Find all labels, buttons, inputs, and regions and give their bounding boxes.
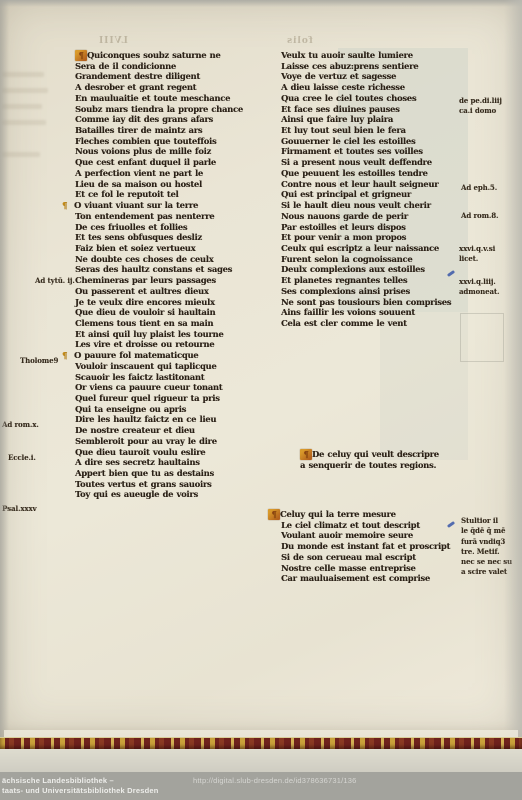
text-line: Vouloir inscauent qui taplicque [75,361,243,372]
scan-viewport: LVIII folis ¶Quiconques soubz saturne ne… [0,0,522,800]
text-line: Faiz bien et soiez vertueux [75,243,243,254]
text-column-left: ¶Quiconques soubz saturne neSera de il c… [75,50,243,500]
text-line: Voye de vertuz et sagesse [281,71,451,82]
text-line: Sera de il condicionne [75,61,243,72]
showthrough-frame [460,313,504,362]
text-line: Chemineras par leurs passages [75,275,243,286]
document-url: http://digital.slub-dresden.de/id3786367… [193,776,357,785]
text-line: Contre nous et leur hault seigneur [281,179,451,190]
text-line: Que dieu tauroit voulu eslire [75,447,243,458]
text-line: Si le hault dieu nous veult cherir [281,200,451,211]
page-edge-bottom [4,730,518,737]
pilcrow-icon: ¶ [268,509,280,520]
margin-note-left: Tholome9 [20,356,58,366]
text-line: ¶Celuy qui la terre mesure [281,509,450,520]
text-line: Voulant auoir memoire seure [281,530,450,541]
showthrough-panel [380,312,468,460]
text-line: Gouuerner le ciel les estoilles [281,136,451,147]
section-heading: ¶De celuy qui veult descriprea senquerir… [300,449,439,471]
text-line: A dire ses secretz haultains [75,457,243,468]
text-line: Appert bien que tu as destains [75,468,243,479]
pilcrow-icon: ¶ [62,200,74,211]
manuscript-page: LVIII folis ¶Quiconques soubz saturne ne… [0,0,522,737]
text-line: Que cest enfant duquel il parle [75,157,243,168]
text-line: Et planetes regnantes telles [281,275,451,286]
text-line: Comme iay dit des grans afars [75,114,243,125]
library-name: ächsische Landesbibliothek – taats- und … [2,776,159,795]
text-line: Seras des haultz constans et sages [75,264,243,275]
text-line: Toy qui es aueugle de voirs [75,489,243,500]
pilcrow-icon: ¶ [75,50,87,61]
text-line: Dire les haultz faictz en ce lieu [75,414,243,425]
text-line: Et tes sens obfusques desliz [75,232,243,243]
text-line: Veulx tu auoir saulte lumiere [281,50,451,61]
text-line: Les vire et droisse ou retourne [75,339,243,350]
text-line: Soubz mars tiendra la propre chance [75,104,243,115]
text-line: Firmament et toutes ses voilles [281,146,451,157]
text-line: Du monde est instant fat et proscript [281,541,450,552]
text-line: Qui est principal et grigneur [281,189,451,200]
text-column-right-bottom: ¶Celuy qui la terre mesureLe ciel climat… [281,509,450,584]
pilcrow-icon: ¶ [300,449,312,460]
page-edge-right [504,0,522,737]
text-line: Nous voions plus de mille foiz [75,146,243,157]
text-line: Qua cree le ciel toutes choses [281,93,451,104]
text-line: Le ciel climatz et tout descript [281,520,450,531]
text-line: A dieu laisse ceste richesse [281,82,451,93]
text-line: Ainsi que faire luy plaira [281,114,451,125]
text-line: De nostre createur et dieu [75,425,243,436]
text-line: ¶O pauure fol matematicque [75,350,243,361]
pilcrow-icon: ¶ [62,350,74,361]
bleedthrough-folio-word: folis [286,36,313,46]
text-line: Je te veulx dire encores mieulx [75,297,243,308]
text-line: Ceulx qui escriptz a leur naissance [281,243,451,254]
margin-note-right: Ad rom.8. [461,211,498,221]
text-line: ¶De celuy qui veult descripre [300,449,439,460]
text-line: ¶Quiconques soubz saturne ne [75,50,243,61]
text-line: Que peuuent les estoilles tendre [281,168,451,179]
text-line: Or viens ca pauure cueur tonant [75,382,243,393]
margin-note-left: Ad tytū. ij. [35,276,75,286]
text-line: Quel fureur quel rigueur ta pris [75,393,243,404]
text-line: Clemens tous tient en sa main [75,318,243,329]
page-edge-top [0,0,522,7]
text-line: Ne doubte ces choses de ceulx [75,254,243,265]
text-line: Laisse ces abuz:prens sentiere [281,61,451,72]
text-line: Que dieu de vouloir si haultain [75,307,243,318]
text-line: a senquerir de toutes regions. [300,460,439,471]
bleedthrough-page-number: LVIII [98,36,128,46]
margin-note-left: Eccle.i. [8,453,36,463]
margin-note-right: Ad eph.5. [461,183,497,193]
text-line: Ton entendement pas nenterre [75,211,243,222]
text-line: Ne sont pas tousiours bien comprises [281,297,451,308]
text-line: Furent selon la cognoissance [281,254,451,265]
text-line: Si a present nous veult deffendre [281,157,451,168]
text-line: Sembleroit pour au vray le dire [75,436,243,447]
text-line: Toutes vertus et grans sauoirs [75,479,243,490]
text-line: Et ce fol le reputoit tel [75,189,243,200]
scan-background-strip [0,749,522,772]
text-line: De ces friuolles et follies [75,222,243,233]
text-line: Et ainsi quil luy plaist les tourne [75,329,243,340]
text-line: Nous nauons garde de perir [281,211,451,222]
page-edge-left [0,0,9,737]
text-line: Si de son cerueau mal escript [281,552,450,563]
text-line: En mauluaitie et toute meschance [75,93,243,104]
text-line: Et face ses diuines pauses [281,104,451,115]
text-line: Lieu de sa maison ou hostel [75,179,243,190]
text-line: Ains faillir les voions souuent [281,307,451,318]
text-line: Grandement destre diligent [75,71,243,82]
text-line: Ses complexions ainsi prises [281,286,451,297]
text-column-right: Veulx tu auoir saulte lumiereLaisse ces … [281,50,451,329]
margin-note-right: xxvi.q.v.si licet. [459,244,495,263]
text-line: Par estoilles et leurs dispos [281,222,451,233]
watermark-bar: ächsische Landesbibliothek – taats- und … [0,772,522,800]
text-line: Qui ta enseigne ou apris [75,404,243,415]
text-line: A desrober et grant regent [75,82,243,93]
text-line: Deulx complexions aux estoilles [281,264,451,275]
text-line: Fleches combien que touteffois [75,136,243,147]
text-line: Batailles tirer de maintz ars [75,125,243,136]
text-line: Nostre celle masse entreprise [281,563,450,574]
text-line: Ou passerent et aultres dieux [75,286,243,297]
text-line: Et luy tout seul bien le fera [281,125,451,136]
text-line: Car mauluaisement est comprise [281,573,450,584]
text-line: Et pour venir a mon propos [281,232,451,243]
margin-note-right: xxvi.q.liij. admoneat. [459,277,499,296]
text-line: A perfection vient ne part le [75,168,243,179]
margin-note-right: de pe.di.liij ca.i domo [459,96,502,115]
text-line: Scauoir les faictz lastitonant [75,372,243,383]
text-line: Cela est cler comme le vent [281,318,451,329]
text-line: ¶O viuant viuant sur la terre [75,200,243,211]
